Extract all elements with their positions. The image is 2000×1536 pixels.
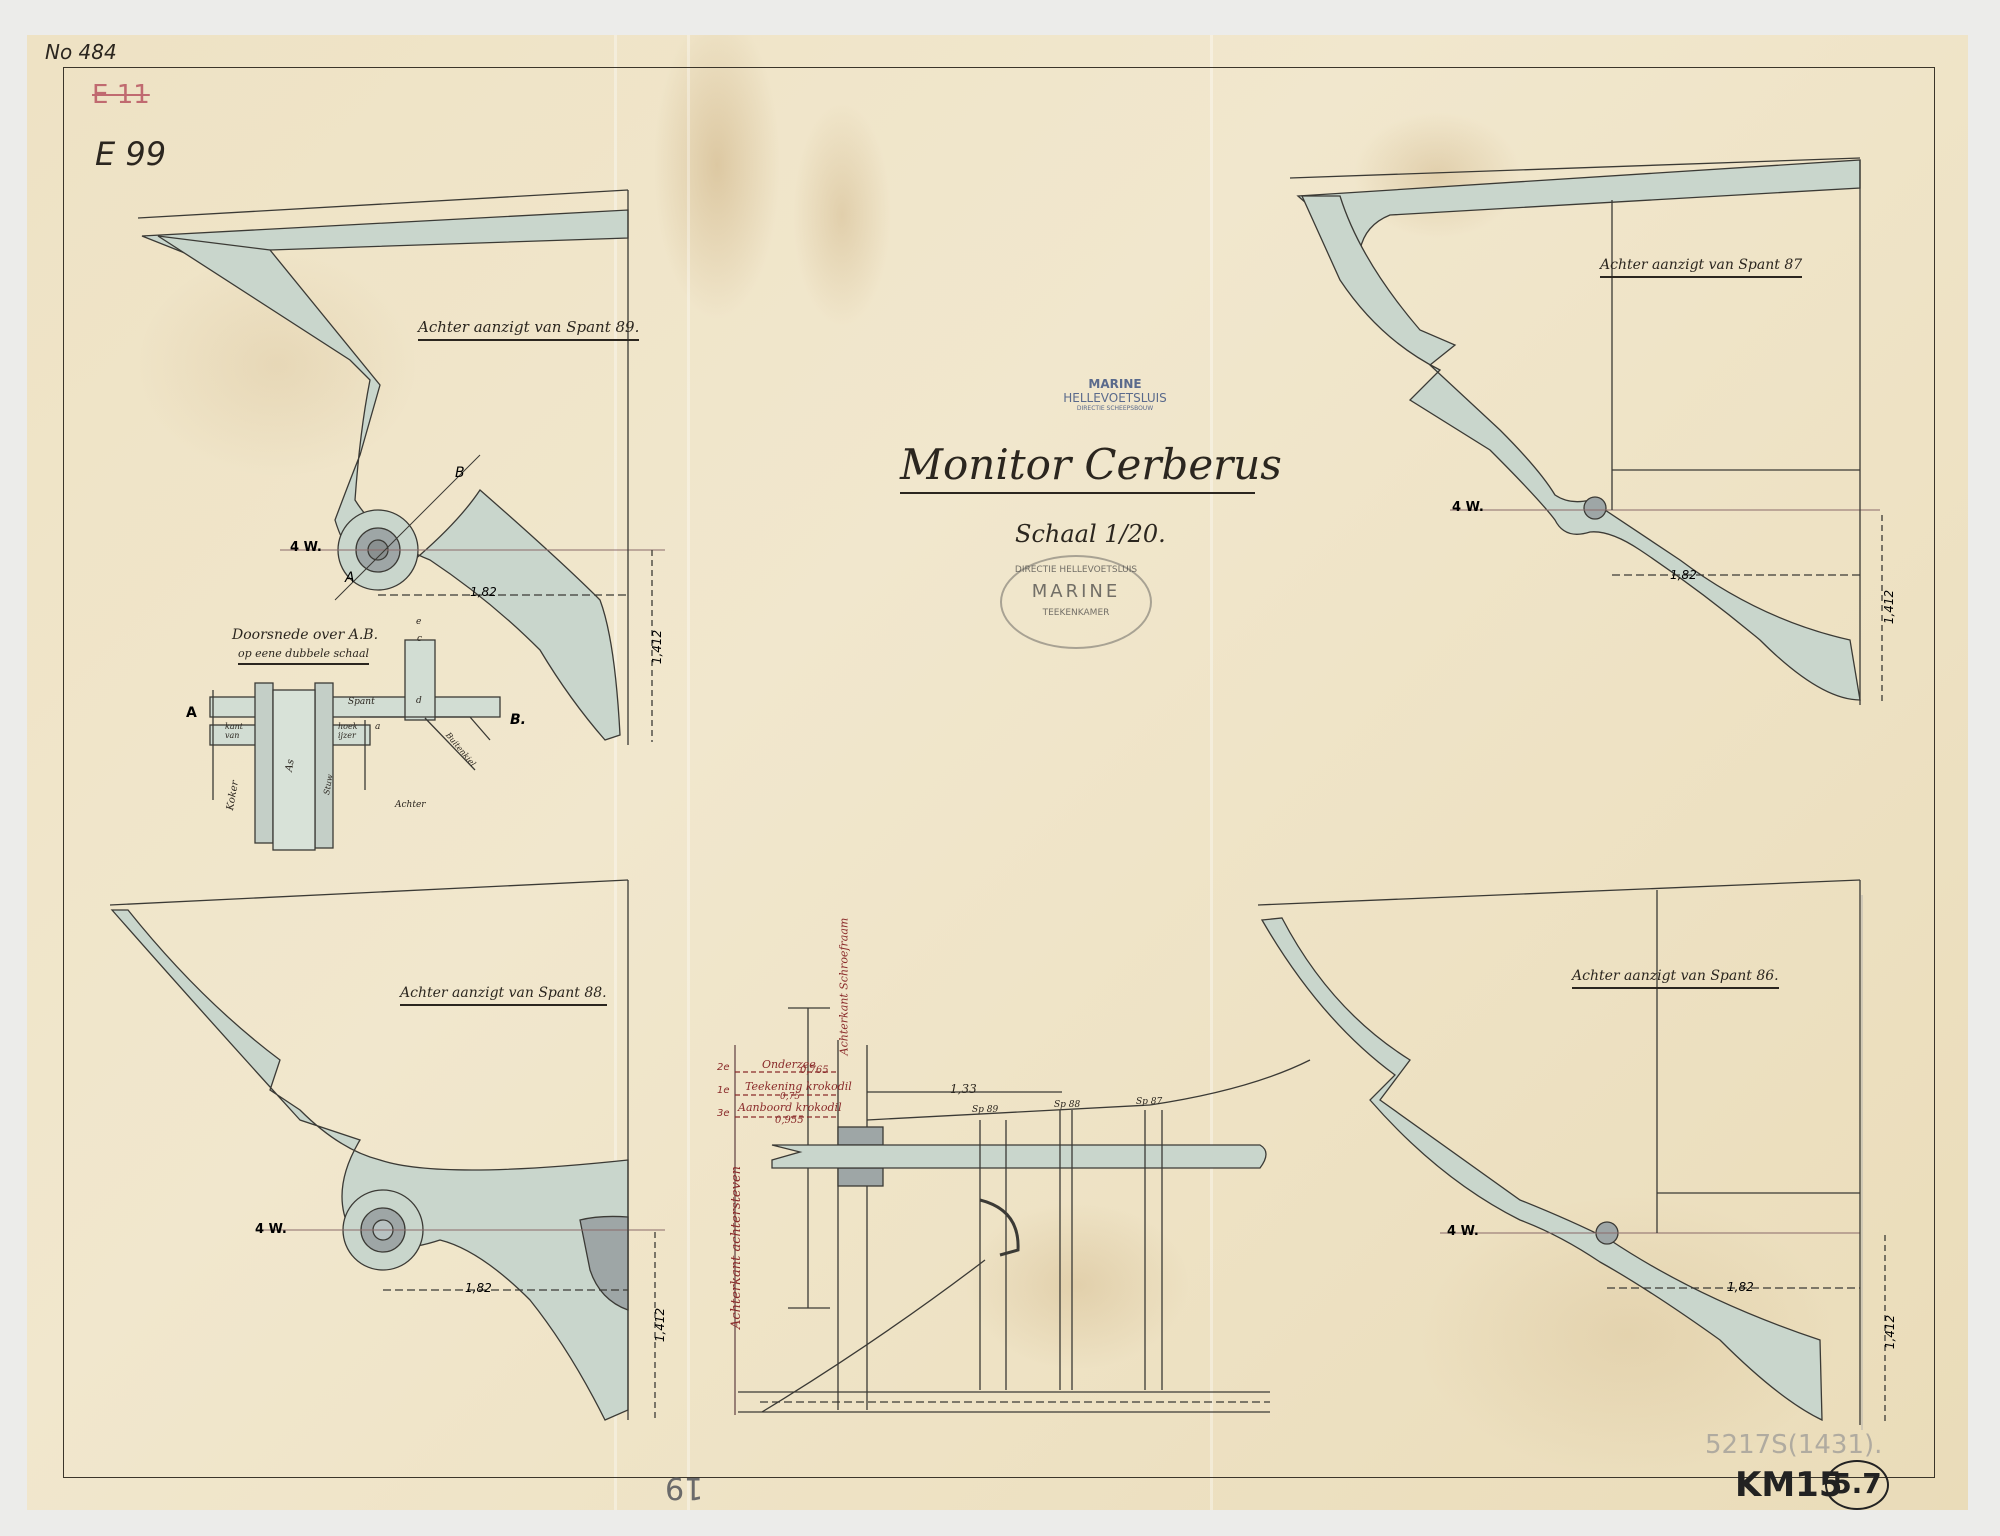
view-spant-86 bbox=[1258, 880, 1885, 1425]
label-a: a bbox=[375, 722, 380, 732]
frame-label: Sp 88 bbox=[1054, 1100, 1080, 1110]
label-spant: Spant bbox=[348, 697, 375, 707]
scale-label: Schaal 1/20. bbox=[1015, 520, 1166, 548]
dimension-horizontal: 1,82 bbox=[470, 585, 497, 599]
marine-stamp-rectangular: MARINE HELLEVOETSLUIS DIRECTIE SCHEEPSBO… bbox=[1055, 378, 1175, 412]
dimension-vertical: 1,412 bbox=[653, 1308, 667, 1342]
stamp-line: MARINE bbox=[1002, 581, 1150, 602]
vertical-label-screw-frame: Achterkant Schroefraam bbox=[837, 918, 850, 1056]
stamp-line: DIRECTIE HELLEVOETSLUIS bbox=[1002, 565, 1150, 575]
dimension-horizontal: 1,82 bbox=[1727, 1280, 1754, 1294]
view-spant-89 bbox=[138, 190, 665, 745]
caption-spant-88: Achter aanzigt van Spant 88. bbox=[400, 985, 607, 1006]
catalog-code: E 99 bbox=[95, 135, 166, 173]
view-spant-87 bbox=[1290, 158, 1882, 705]
label-as: As bbox=[284, 758, 297, 772]
bottom-number: 19 bbox=[665, 1470, 703, 1505]
row-index: 3e bbox=[717, 1108, 730, 1119]
dimension-vertical: 1,412 bbox=[1883, 1315, 1897, 1349]
waterline-label: 4 W. bbox=[1447, 1224, 1479, 1239]
caption-spant-87: Achter aanzigt van Spant 87 bbox=[1600, 257, 1802, 278]
waterline-label: 4 W. bbox=[290, 540, 322, 555]
technical-drawing bbox=[0, 0, 2000, 1536]
label-d: d bbox=[416, 696, 422, 706]
caption-spant-89: Achter aanzigt van Spant 89. bbox=[418, 318, 639, 341]
stamp-line: HELLEVOETSLUIS bbox=[1055, 392, 1175, 406]
section-mark-a: A bbox=[345, 570, 355, 586]
stamp-line: TEEKENKAMER bbox=[1002, 608, 1150, 618]
view-spant-88 bbox=[110, 880, 665, 1420]
dimension-horizontal: 1,82 bbox=[1670, 568, 1697, 582]
dimension-horizontal: 1,82 bbox=[465, 1281, 492, 1295]
row-index: 1e bbox=[717, 1085, 730, 1096]
label-kant-van: kant van bbox=[225, 722, 255, 740]
frame-label: Sp 87 bbox=[1136, 1097, 1162, 1107]
section-end-b: B. bbox=[510, 712, 526, 728]
archive-number: No 484 bbox=[45, 40, 117, 64]
row-value: 0,765 bbox=[800, 1065, 829, 1076]
section-caption-line2: op eene dubbele schaal bbox=[238, 647, 369, 665]
row-value: 0,955 bbox=[775, 1115, 804, 1126]
pencil-reference: 5217S(1431). bbox=[1705, 1430, 1882, 1460]
dimension-span: 1,33 bbox=[950, 1082, 977, 1096]
marine-stamp-oval: DIRECTIE HELLEVOETSLUIS MARINE TEEKENKAM… bbox=[1000, 555, 1152, 649]
vertical-label-sternpost: Achterkant achtersteven bbox=[729, 1166, 744, 1329]
section-mark-b: B bbox=[455, 465, 465, 481]
section-end-a: A bbox=[186, 705, 197, 721]
label-e: e bbox=[416, 617, 421, 627]
row-label: Aanboord krokodil bbox=[738, 1101, 842, 1114]
label-hoek-ijzer: hoek ijzer bbox=[338, 722, 368, 740]
drawing-title: Monitor Cerberus bbox=[900, 440, 1255, 494]
circled-code: 5.7 bbox=[1825, 1460, 1889, 1510]
caption-spant-86: Achter aanzigt van Spant 86. bbox=[1572, 968, 1779, 989]
label-c: c bbox=[417, 634, 422, 644]
waterline-label: 4 W. bbox=[1452, 500, 1484, 515]
row-index: 2e bbox=[717, 1062, 730, 1073]
dimension-vertical: 1,412 bbox=[1882, 590, 1896, 624]
dimension-vertical: 1,412 bbox=[650, 630, 664, 664]
section-caption-line1: Doorsnede over A.B. bbox=[232, 627, 378, 643]
stamp-line: DIRECTIE SCHEEPSBOUW bbox=[1055, 406, 1175, 413]
waterline-label: 4 W. bbox=[255, 1222, 287, 1237]
stamp-line: MARINE bbox=[1055, 378, 1175, 392]
frame-label: Sp 89 bbox=[972, 1105, 998, 1115]
label-achter: Achter bbox=[395, 800, 426, 810]
crossed-red-code: E 11 bbox=[92, 80, 150, 110]
